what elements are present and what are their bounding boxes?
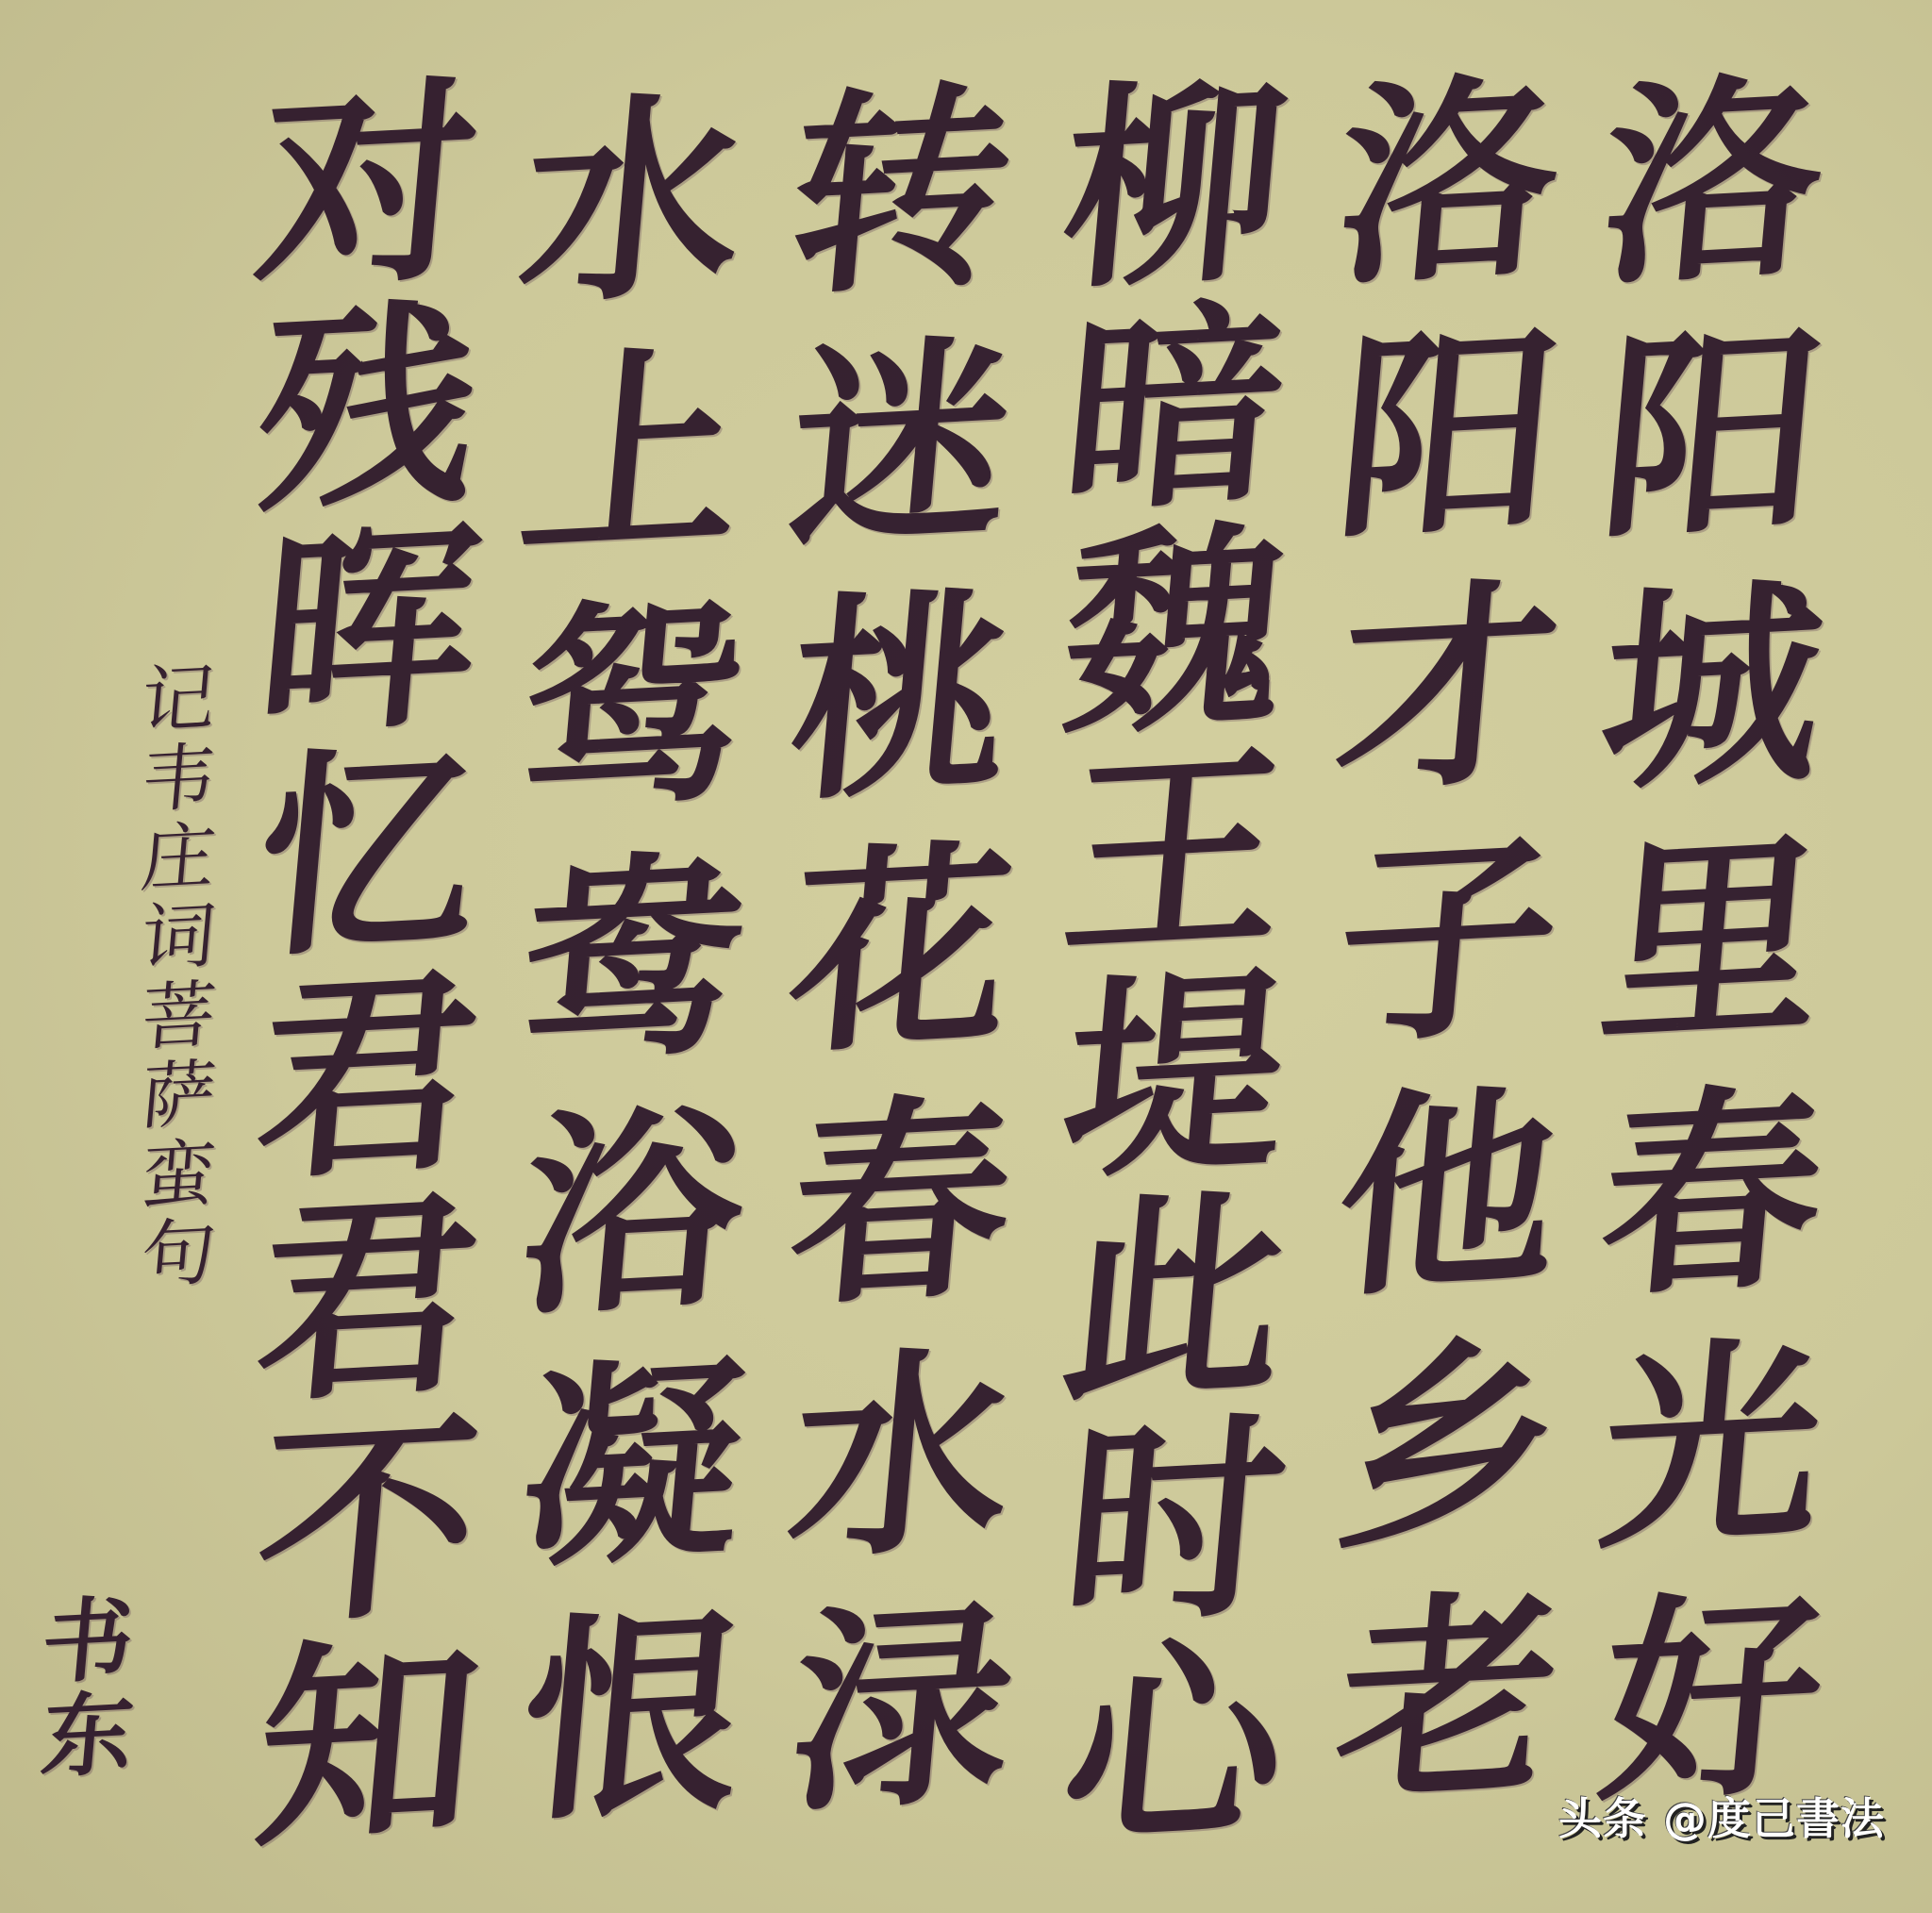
char: 菩 xyxy=(138,975,219,1058)
char: 心 xyxy=(1056,1628,1293,1862)
column-1: 洛 阳 城 里 春 光 好 xyxy=(1604,57,1821,1826)
char: 词 xyxy=(138,896,219,979)
char: 忆 xyxy=(249,738,487,972)
char: 浴 xyxy=(512,1081,753,1345)
char: 句 xyxy=(138,1213,219,1296)
signature: 书 东 xyxy=(42,1594,133,1783)
char: 不 xyxy=(249,1406,487,1639)
char: 鸳 xyxy=(512,575,753,840)
char: 此 xyxy=(1056,1183,1293,1417)
char: 子 xyxy=(1328,809,1569,1073)
char: 春 xyxy=(781,1072,1022,1336)
char: 凝 xyxy=(512,1334,753,1598)
char: 渌 xyxy=(781,1577,1022,1841)
char: 鸯 xyxy=(512,828,753,1092)
char: 韦 xyxy=(138,738,219,821)
char: 水 xyxy=(512,70,753,334)
char: 阳 xyxy=(1328,304,1569,568)
char: 转 xyxy=(781,60,1022,324)
char: 晖 xyxy=(249,515,487,749)
char: 萨 xyxy=(138,1055,219,1138)
char: 残 xyxy=(249,292,487,526)
char: 洛 xyxy=(1592,51,1833,315)
char: 恨 xyxy=(512,1587,753,1851)
char: 时 xyxy=(1056,1406,1293,1639)
char: 阳 xyxy=(1592,304,1833,568)
watermark: 头条 @度己書法 xyxy=(1558,1785,1885,1847)
char: 知 xyxy=(249,1628,487,1862)
char: 老 xyxy=(1328,1568,1569,1832)
char: 对 xyxy=(249,70,487,304)
char: 书 xyxy=(38,1592,137,1691)
inscription-column: 记 韦 庄 词 菩 萨 蛮 句 xyxy=(142,660,215,1294)
char: 才 xyxy=(1328,557,1569,821)
char: 魏 xyxy=(1056,515,1293,749)
char: 乡 xyxy=(1328,1315,1569,1579)
char: 他 xyxy=(1328,1062,1569,1326)
char: 君 xyxy=(249,960,487,1194)
char: 柳 xyxy=(1056,70,1293,304)
char: 里 xyxy=(1592,809,1833,1073)
char: 水 xyxy=(781,1324,1022,1589)
char: 庄 xyxy=(138,817,219,900)
char: 桃 xyxy=(781,566,1022,830)
char: 迷 xyxy=(781,313,1022,577)
char: 春 xyxy=(1592,1062,1833,1326)
calligraphy-paper: 洛 阳 城 里 春 光 好 洛 阳 才 子 他 乡 老 柳 暗 魏 王 堤 此 … xyxy=(0,0,1932,1913)
char: 东 xyxy=(38,1687,137,1786)
char: 蛮 xyxy=(138,1134,219,1217)
char: 记 xyxy=(138,658,219,741)
char: 上 xyxy=(512,323,753,587)
char: 暗 xyxy=(1056,292,1293,526)
char: 光 xyxy=(1592,1315,1833,1579)
column-2: 洛 阳 才 子 他 乡 老 xyxy=(1340,57,1557,1826)
char: 城 xyxy=(1592,557,1833,821)
char: 花 xyxy=(781,819,1022,1083)
char: 洛 xyxy=(1328,51,1569,315)
char: 王 xyxy=(1056,738,1293,972)
column-6: 对 残 晖 忆 君 君 不 知 xyxy=(259,75,476,1856)
column-3: 柳 暗 魏 王 堤 此 时 心 xyxy=(1066,75,1283,1856)
column-5: 水 上 鸳 鸯 浴 凝 恨 xyxy=(524,75,741,1845)
char: 堤 xyxy=(1056,960,1293,1194)
char: 君 xyxy=(249,1183,487,1417)
column-4: 转 迷 桃 花 春 水 渌 xyxy=(792,66,1009,1836)
